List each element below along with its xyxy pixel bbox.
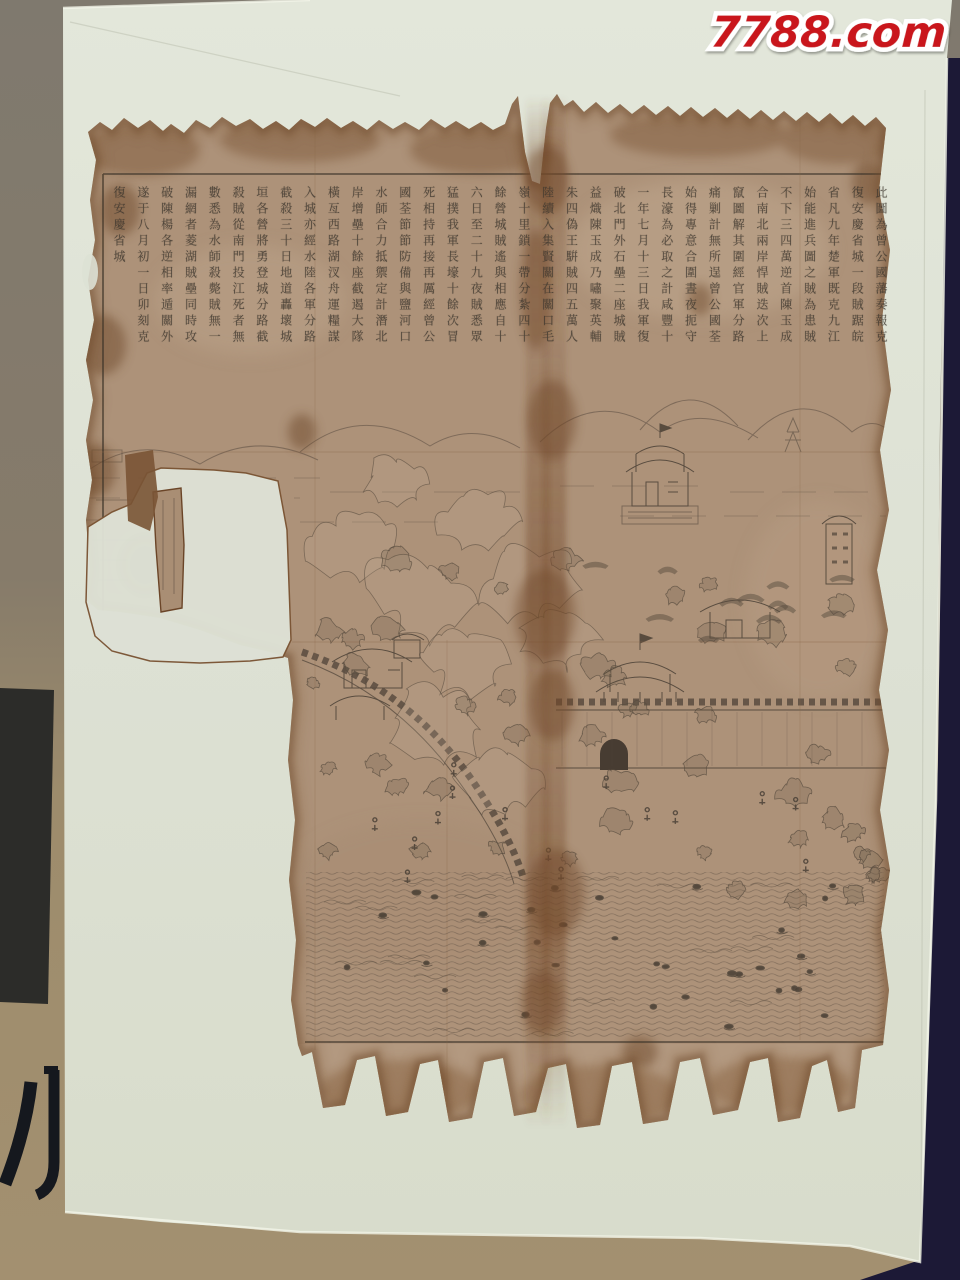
text-column: 餘營城賊遙與相應自十 [493, 186, 507, 352]
text-column: 合南北兩岸悍賊迭次上 [755, 186, 769, 352]
text-column: 長濠為必取之計咸豐十 [660, 186, 674, 352]
text-column: 岸增壘十餘座截遏大隊 [350, 186, 364, 352]
text-column: 陸續入集賢關在關口毛 [541, 186, 555, 352]
text-column: 一年七月十三日我軍復 [636, 186, 650, 352]
text-column: 垣各營將勇登城分路截 [255, 186, 269, 352]
text-column: 始得專意合圍晝夜扼守 [684, 186, 698, 352]
text-column: 省凡九年楚軍既克九江 [826, 186, 840, 352]
text-column: 此圖為曾公國藩奏報克 [874, 186, 888, 352]
text-column: 漏網者菱湖賊壘同時攻 [183, 186, 197, 352]
text-column: 數悉為水師殺斃賊無一 [207, 186, 221, 352]
text-column: 益熾陳玉成乃嘯聚英輔 [588, 186, 602, 352]
text-column: 水師合力抵禦定計潛北 [374, 186, 388, 352]
memorial-text-block: 此圖為曾公國藩奏報克復安慶省城一段賊踞皖省凡九年楚軍既克九江始能進兵圖之賊為患賊… [112, 186, 888, 352]
text-column: 竄圖解其圍經官軍分路 [731, 186, 745, 352]
text-column: 死相持再接再厲經曾公 [422, 186, 436, 352]
text-column: 始能進兵圖之賊為患賊 [803, 186, 817, 352]
watermark: 7788.com [0, 0, 960, 70]
text-column: 六日至二十九夜賊悉眾 [469, 186, 483, 352]
text-column: 殺賊從南門投江死者無 [231, 186, 245, 352]
text-column: 破陳楊各逆相率遁關外 [160, 186, 174, 352]
text-column: 截殺三十日地道轟壞城 [279, 186, 293, 352]
text-column: 猛撲我軍長壕十餘次冒 [445, 186, 459, 352]
text-column: 復安慶省城 [112, 186, 126, 352]
text-column: 國荃節節防備與鹽河口 [398, 186, 412, 352]
text-column: 遂于八月初一日卯刻克 [136, 186, 150, 352]
photo-of-antique-print: 此圖為曾公國藩奏報克復安慶省城一段賊踞皖省凡九年楚軍既克九江始能進兵圖之賊為患賊… [0, 0, 960, 1280]
text-column: 不下三四萬逆首陳玉成 [779, 186, 793, 352]
text-column: 橫亙西路湖汊舟運糧謀 [326, 186, 340, 352]
text-column: 復安慶省城一段賊踞皖 [850, 186, 864, 352]
text-column: 入城亦經水陸各軍分路 [303, 186, 317, 352]
text-column: 痛剿計無所逞曾公國荃 [707, 186, 721, 352]
text-column: 破北門外石壘二座城賊 [612, 186, 626, 352]
watermark-text: 7788.com [709, 8, 947, 58]
black-rectangle-object [0, 688, 54, 1004]
text-column: 嶺十里鎖一帶分紮四十 [517, 186, 531, 352]
text-column: 朱四偽王騈賊四五萬人 [564, 186, 578, 352]
